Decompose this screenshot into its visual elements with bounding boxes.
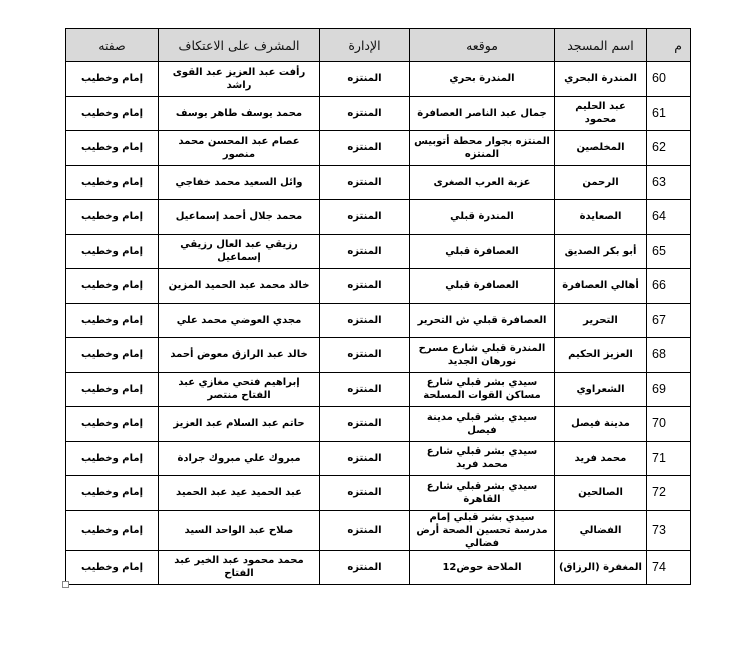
cell-mosque-name: الرحمن (555, 165, 647, 200)
cell-supervisor: محمد يوسف طاهر يوسف (159, 96, 320, 131)
paragraph-marker (62, 581, 69, 588)
table-row: 62المخلصينالمنتزه بجوار محطة أتوبيس المن… (66, 131, 691, 166)
cell-location: سيدي بشر قبلي مدينة فيصل (410, 407, 555, 442)
cell-administration: المنتزه (320, 62, 410, 97)
cell-num: 64 (647, 200, 691, 235)
cell-mosque-name: العزيز الحكيم (555, 338, 647, 373)
cell-role: إمام وخطيب (66, 62, 159, 97)
table-row: 63الرحمنعزبة العرب الصغرىالمنتزهوائل الس… (66, 165, 691, 200)
cell-mosque-name: الشعراوي (555, 372, 647, 407)
cell-num: 60 (647, 62, 691, 97)
table-row: 68العزيز الحكيمالمندرة قبلي شارع مسرح نو… (66, 338, 691, 373)
cell-supervisor: عصام عبد المحسن محمد منصور (159, 131, 320, 166)
cell-location: المندرة بحري (410, 62, 555, 97)
cell-location: جمال عبد الناصر العصافرة (410, 96, 555, 131)
table-row: 60المندرة البحريالمندرة بحريالمنتزهرأفت … (66, 62, 691, 97)
table-row: 64الصعايدةالمندرة قبليالمنتزهمحمد جلال أ… (66, 200, 691, 235)
cell-administration: المنتزه (320, 441, 410, 476)
header-location: موقعه (410, 29, 555, 62)
cell-supervisor: محمد جلال أحمد إسماعيل (159, 200, 320, 235)
cell-administration: المنتزه (320, 550, 410, 585)
cell-role: إمام وخطيب (66, 234, 159, 269)
cell-administration: المنتزه (320, 131, 410, 166)
cell-administration: المنتزه (320, 476, 410, 511)
cell-administration: المنتزه (320, 510, 410, 550)
header-administration: الإدارة (320, 29, 410, 62)
cell-num: 66 (647, 269, 691, 304)
cell-mosque-name: الصعايدة (555, 200, 647, 235)
cell-location: سيدي بشر قبلي شارع القاهرة (410, 476, 555, 511)
cell-mosque-name: المخلصين (555, 131, 647, 166)
cell-location: عزبة العرب الصغرى (410, 165, 555, 200)
cell-location: المنتزه بجوار محطة أتوبيس المنتزه (410, 131, 555, 166)
cell-administration: المنتزه (320, 200, 410, 235)
cell-mosque-name: المندرة البحري (555, 62, 647, 97)
cell-supervisor: مبروك علي مبروك جرادة (159, 441, 320, 476)
cell-num: 63 (647, 165, 691, 200)
table-header-row: م اسم المسجد موقعه الإدارة المشرف على ال… (66, 29, 691, 62)
cell-role: إمام وخطيب (66, 476, 159, 511)
cell-administration: المنتزه (320, 269, 410, 304)
mosques-table: م اسم المسجد موقعه الإدارة المشرف على ال… (65, 28, 691, 585)
cell-mosque-name: محمد فريد (555, 441, 647, 476)
cell-num: 74 (647, 550, 691, 585)
cell-role: إمام وخطيب (66, 441, 159, 476)
cell-num: 67 (647, 303, 691, 338)
cell-num: 61 (647, 96, 691, 131)
cell-mosque-name: الصالحين (555, 476, 647, 511)
cell-location: العصافرة قبلي (410, 234, 555, 269)
header-role: صفته (66, 29, 159, 62)
cell-role: إمام وخطيب (66, 510, 159, 550)
cell-administration: المنتزه (320, 338, 410, 373)
cell-mosque-name: أبو بكر الصديق (555, 234, 647, 269)
cell-role: إمام وخطيب (66, 550, 159, 585)
cell-location: العصافرة قبلي ش التحرير (410, 303, 555, 338)
cell-mosque-name: المغفرة (الرزاق) (555, 550, 647, 585)
cell-location: سيدي بشر قبلي إمام مدرسة تحسين الصحة أرض… (410, 510, 555, 550)
cell-supervisor: وائل السعيد محمد خفاجي (159, 165, 320, 200)
cell-supervisor: إبراهيم فتحي مغازي عبد الفتاح منتصر (159, 372, 320, 407)
cell-role: إمام وخطيب (66, 200, 159, 235)
cell-mosque-name: الفضالي (555, 510, 647, 550)
cell-supervisor: عبد الحميد عيد عبد الحميد (159, 476, 320, 511)
cell-administration: المنتزه (320, 303, 410, 338)
table-row: 67التحريرالعصافرة قبلي ش التحريرالمنتزهم… (66, 303, 691, 338)
cell-num: 72 (647, 476, 691, 511)
cell-supervisor: رزيقي عبد العال رزيقي إسماعيل (159, 234, 320, 269)
cell-supervisor: محمد محمود عبد الخير عبد الفتاح (159, 550, 320, 585)
table-row: 73الفضاليسيدي بشر قبلي إمام مدرسة تحسين … (66, 510, 691, 550)
cell-role: إمام وخطيب (66, 131, 159, 166)
table-row: 69الشعراويسيدي بشر قبلي شارع مساكن القوا… (66, 372, 691, 407)
cell-num: 70 (647, 407, 691, 442)
cell-administration: المنتزه (320, 96, 410, 131)
cell-num: 71 (647, 441, 691, 476)
header-mosque-name: اسم المسجد (555, 29, 647, 62)
cell-num: 68 (647, 338, 691, 373)
table-row: 65أبو بكر الصديقالعصافرة قبليالمنتزهرزيق… (66, 234, 691, 269)
table-row: 72الصالحينسيدي بشر قبلي شارع القاهرةالمن… (66, 476, 691, 511)
cell-location: الملاحة حوض12 (410, 550, 555, 585)
cell-location: المندرة قبلي (410, 200, 555, 235)
cell-location: سيدي بشر قبلي شارع محمد فريد (410, 441, 555, 476)
cell-num: 65 (647, 234, 691, 269)
cell-mosque-name: مدينة فيصل (555, 407, 647, 442)
cell-num: 73 (647, 510, 691, 550)
cell-location: العصافرة قبلي (410, 269, 555, 304)
header-num: م (647, 29, 691, 62)
cell-role: إمام وخطيب (66, 407, 159, 442)
cell-role: إمام وخطيب (66, 165, 159, 200)
cell-supervisor: خالد عبد الرازق معوض أحمد (159, 338, 320, 373)
cell-supervisor: صلاح عبد الواحد السيد (159, 510, 320, 550)
cell-role: إمام وخطيب (66, 96, 159, 131)
cell-administration: المنتزه (320, 407, 410, 442)
cell-mosque-name: أهالي العصافرة (555, 269, 647, 304)
cell-administration: المنتزه (320, 165, 410, 200)
cell-location: سيدي بشر قبلي شارع مساكن القوات المسلحة (410, 372, 555, 407)
table-row: 70مدينة فيصلسيدي بشر قبلي مدينة فيصلالمن… (66, 407, 691, 442)
cell-role: إمام وخطيب (66, 372, 159, 407)
cell-location: المندرة قبلي شارع مسرح نورهان الجديد (410, 338, 555, 373)
cell-supervisor: خالد محمد عبد الحميد المزين (159, 269, 320, 304)
cell-role: إمام وخطيب (66, 269, 159, 304)
cell-role: إمام وخطيب (66, 303, 159, 338)
cell-supervisor: رأفت عبد العزيز عبد القوى راشد (159, 62, 320, 97)
cell-administration: المنتزه (320, 372, 410, 407)
document-page: م اسم المسجد موقعه الإدارة المشرف على ال… (0, 0, 753, 651)
cell-supervisor: حاتم عبد السلام عبد العزيز (159, 407, 320, 442)
cell-mosque-name: التحرير (555, 303, 647, 338)
table-row: 71محمد فريدسيدي بشر قبلي شارع محمد فريدا… (66, 441, 691, 476)
cell-role: إمام وخطيب (66, 338, 159, 373)
cell-num: 62 (647, 131, 691, 166)
table-row: 74المغفرة (الرزاق)الملاحة حوض12المنتزهمح… (66, 550, 691, 585)
cell-supervisor: مجدي العوضي محمد علي (159, 303, 320, 338)
header-supervisor: المشرف على الاعتكاف (159, 29, 320, 62)
table-row: 61عبد الحليم محمودجمال عبد الناصر العصاف… (66, 96, 691, 131)
cell-mosque-name: عبد الحليم محمود (555, 96, 647, 131)
cell-administration: المنتزه (320, 234, 410, 269)
table-row: 66أهالي العصافرةالعصافرة قبليالمنتزهخالد… (66, 269, 691, 304)
cell-num: 69 (647, 372, 691, 407)
